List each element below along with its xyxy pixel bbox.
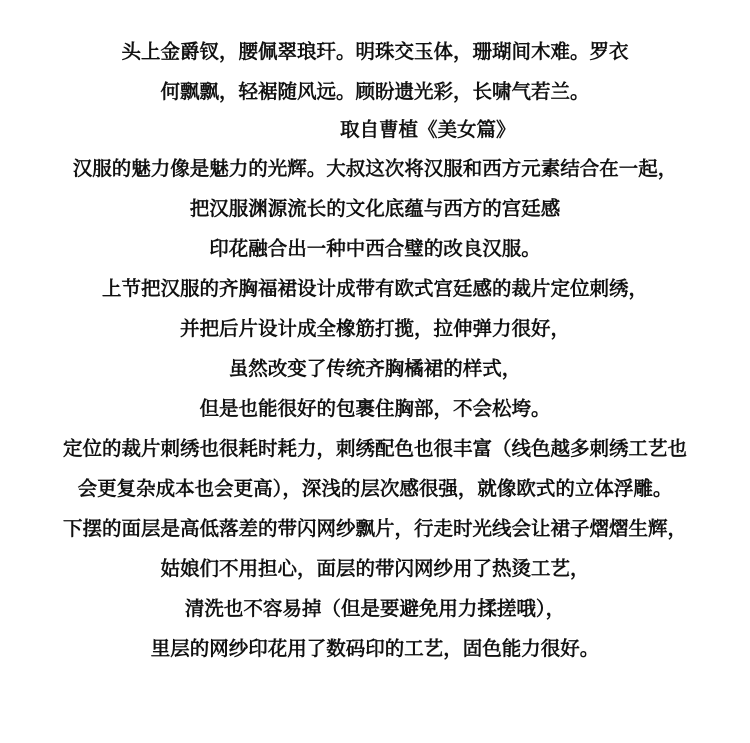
text-line: 下摆的面层是高低落差的带闪网纱飘片，行走时光线会让裙子熠熠生辉，: [0, 509, 750, 549]
text-line: 会更复杂成本也会更高），深浅的层次感很强，就像欧式的立体浮雕。: [0, 469, 750, 509]
text-line: 虽然改变了传统齐胸橘裙的样式，: [0, 349, 750, 389]
text-line: 定位的裁片刺绣也很耗时耗力，刺绣配色也很丰富（线色越多刺绣工艺也: [0, 429, 750, 469]
text-line: 上节把汉服的齐胸福裙设计成带有欧式宫廷感的裁片定位刺绣，: [0, 269, 750, 309]
paragraph-mesh-layer: 下摆的面层是高低落差的带闪网纱飘片，行走时光线会让裙子熠熠生辉， 姑娘们不用担心…: [0, 509, 750, 669]
text-line: 但是也能很好的包裹住胸部，不会松垮。: [0, 389, 750, 429]
text-line: 印花融合出一种中西合璧的改良汉服。: [0, 229, 750, 269]
product-description: 头上金爵钗，腰佩翠琅玕。明珠交玉体，珊瑚间木难。罗衣 何飘飘，轻裾随风远。顾盼遗…: [0, 32, 750, 669]
paragraph-embroidery-design: 上节把汉服的齐胸福裙设计成带有欧式宫廷感的裁片定位刺绣， 并把后片设计成全橡筋打…: [0, 269, 750, 429]
paragraph-hanfu-charm: 汉服的魅力像是魅力的光辉。大叔这次将汉服和西方元素结合在一起， 把汉服渊源流长的…: [0, 149, 750, 269]
text-line: 并把后片设计成全橡筋打揽，拉伸弹力很好，: [0, 309, 750, 349]
text-line: 汉服的魅力像是魅力的光辉。大叔这次将汉服和西方元素结合在一起，: [0, 149, 750, 189]
poem-attribution: 取自曹植《美女篇》: [0, 111, 750, 149]
text-line: 把汉服渊源流长的文化底蕴与西方的宫廷感: [0, 189, 750, 229]
poem-line: 何飘飘，轻裾随风远。顾盼遗光彩，长啸气若兰。: [0, 72, 750, 111]
text-line: 清洗也不容易掉（但是要避免用力揉搓哦），: [0, 589, 750, 629]
text-line: 里层的网纱印花用了数码印的工艺，固色能力很好。: [0, 629, 750, 669]
paragraph-embroidery-detail: 定位的裁片刺绣也很耗时耗力，刺绣配色也很丰富（线色越多刺绣工艺也 会更复杂成本也…: [0, 429, 750, 509]
text-line: 姑娘们不用担心，面层的带闪网纱用了热烫工艺，: [0, 549, 750, 589]
poem-line: 头上金爵钗，腰佩翠琅玕。明珠交玉体，珊瑚间木难。罗衣: [0, 32, 750, 72]
